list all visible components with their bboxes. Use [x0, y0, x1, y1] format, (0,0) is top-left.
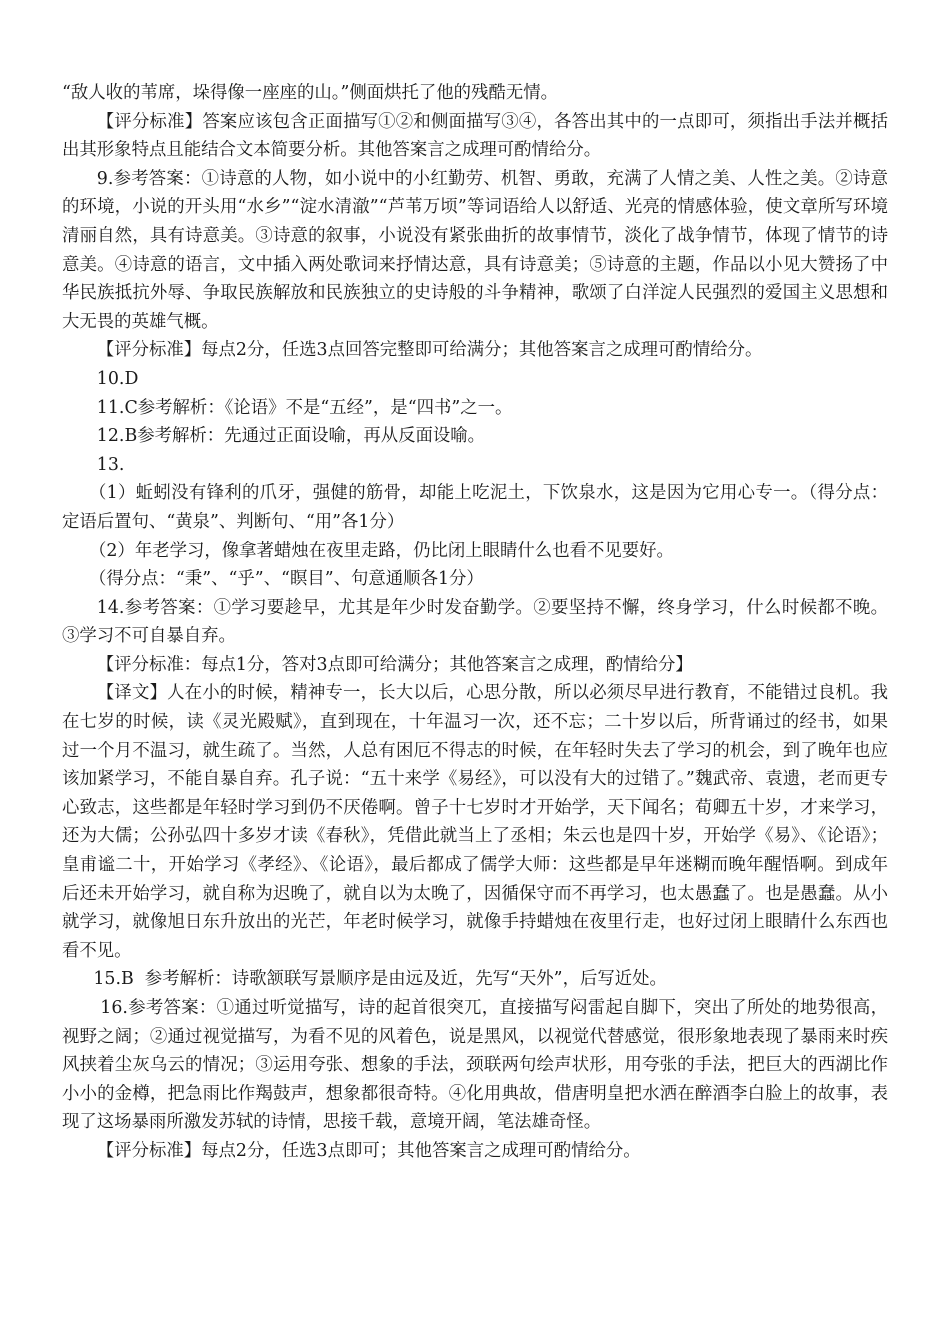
paragraph-q13-heading: 13.: [62, 451, 888, 480]
paragraph-q12: 12.B参考解析：先通过正面设喻，再从反面设喻。: [62, 422, 888, 451]
document-page: “敌人收的苇席，垛得像一座座的山。”侧面烘托了他的残酷无情。 【评分标准】答案应…: [62, 79, 888, 1166]
paragraph-q14-translation: 【译文】人在小的时候，精神专一，长大以后，心思分散，所以必须尽早进行教育，不能错…: [62, 679, 888, 965]
paragraph-q11: 11.C参考解析：《论语》不是“五经”，是“四书”之一。: [62, 394, 888, 423]
paragraph-q10: 10.D: [62, 365, 888, 394]
paragraph-q15: 15.B 参考解析：诗歌颔联写景顺序是由远及近，先写“天外”，后写近处。: [62, 965, 888, 994]
paragraph-q8-ending: “敌人收的苇席，垛得像一座座的山。”侧面烘托了他的残酷无情。: [62, 79, 888, 108]
paragraph-q8-scoring-standard: 【评分标准】答案应该包含正面描写①②和侧面描写③④，各答出其中的一点即可，须指出…: [62, 108, 888, 165]
paragraph-q16-scoring-standard: 【评分标准】每点2分，任选3点即可；其他答案言之成理可酌情给分。: [62, 1137, 888, 1166]
paragraph-q13-part1: （1）蚯蚓没有锋利的爪牙，强健的筋骨，却能上吃泥土，下饮泉水，这是因为它用心专一…: [62, 479, 888, 536]
paragraph-q13-part2-points: （得分点：“秉”、“乎”、“瞑目”、句意通顺各1分）: [62, 565, 888, 594]
paragraph-q9-scoring-standard: 【评分标准】每点2分，任选3点回答完整即可给满分；其他答案言之成理可酌情给分。: [62, 336, 888, 365]
paragraph-q14-answer: 14.参考答案：①学习要趁早，尤其是年少时发奋勤学。②要坚持不懈，终身学习，什么…: [62, 594, 888, 651]
paragraph-q16-answer: 16.参考答案：①通过听觉描写，诗的起首很突兀，直接描写闷雷起自脚下，突出了所处…: [62, 994, 888, 1137]
paragraph-q14-scoring-standard: 【评分标准：每点1分，答对3点即可给满分；其他答案言之成理，酌情给分】: [62, 651, 888, 680]
paragraph-q13-part2: （2）年老学习，像拿著蜡烛在夜里走路，仍比闭上眼睛什么也看不见要好。: [62, 537, 888, 566]
paragraph-q9-answer: 9.参考答案：①诗意的人物，如小说中的小红勤劳、机智、勇敢，充满了人情之美、人性…: [62, 165, 888, 337]
